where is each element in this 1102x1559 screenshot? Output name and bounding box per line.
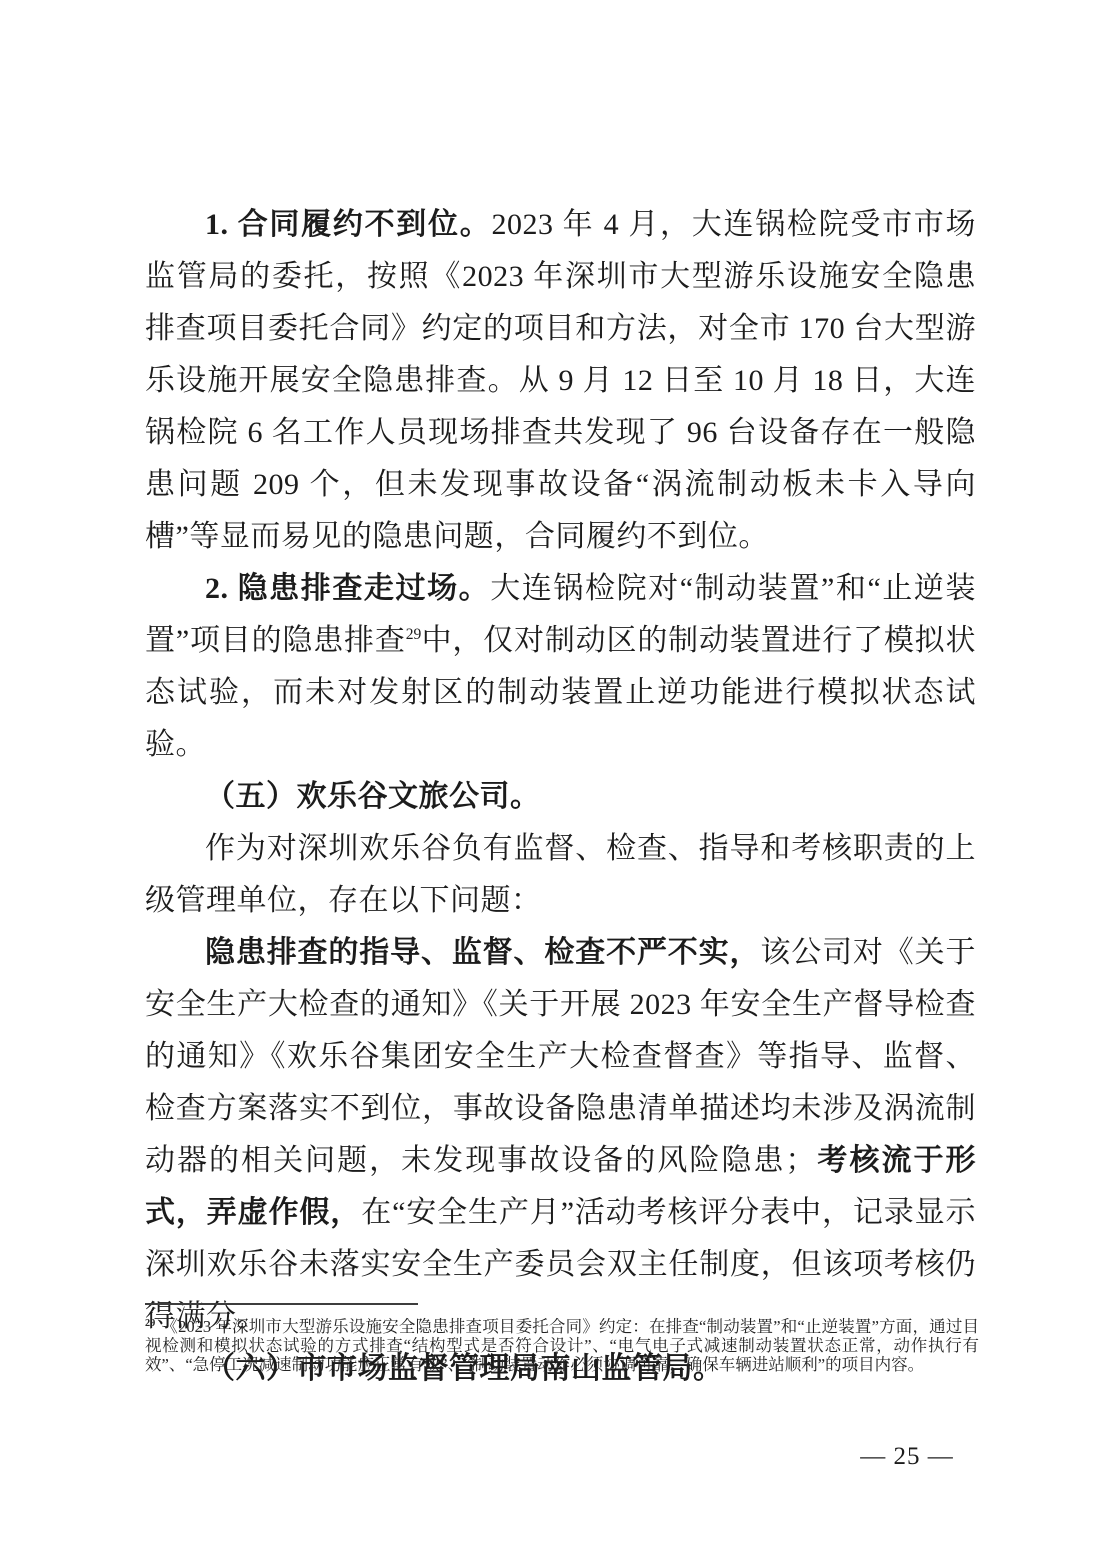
text-segment: 1. 合同履约不到位。 [205,208,491,241]
text-segment: 2. 隐患排查走过场。 [205,572,490,605]
paragraph-inspection-formality: 2. 隐患排查走过场。大连锅检院对“制动装置”和“止逆装置”项目的隐患排查29中… [145,563,976,771]
text-segment: 该公司对《关于安全生产大检查的通知》《关于开展 2023 年安全生产督导检查的通… [145,936,976,1177]
page-number: — 25 — [852,1443,962,1471]
footnote-reference: 29 [406,626,422,643]
text-segment: 2023 年 4 月，大连锅检院受市市场监管局的委托，按照《2023 年深圳市大… [145,208,976,553]
footnote: 29《2023 年深圳市大型游乐设施安全隐患排查项目委托合同》约定：在排查“制动… [145,1317,979,1374]
paragraph-supervision-problems: 隐患排查的指导、监督、检查不严不实，该公司对《关于安全生产大检查的通知》《关于开… [145,927,976,1343]
text-segment: 隐患排查的指导、监督、检查不严不实， [205,936,760,969]
document-body: 1. 合同履约不到位。2023 年 4 月，大连锅检院受市市场监管局的委托，按照… [145,199,976,1395]
paragraph-contract-performance: 1. 合同履约不到位。2023 年 4 月，大连锅检院受市市场监管局的委托，按照… [145,199,976,563]
section-heading-five: （五）欢乐谷文旅公司。 [145,771,976,823]
footnote-marker: 29 [145,1318,161,1329]
document-page: 1. 合同履约不到位。2023 年 4 月，大连锅检院受市市场监管局的委托，按照… [0,0,1102,1559]
text-segment: （五）欢乐谷文旅公司。 [205,780,541,813]
footnote-separator [145,1303,418,1305]
paragraph-supervisor-role: 作为对深圳欢乐谷负有监督、检查、指导和考核职责的上级管理单位，存在以下问题： [145,823,976,927]
text-segment: 作为对深圳欢乐谷负有监督、检查、指导和考核职责的上级管理单位，存在以下问题： [145,832,976,917]
footnote-text: 《2023 年深圳市大型游乐设施安全隐患排查项目委托合同》约定：在排查“制动装置… [145,1317,979,1374]
